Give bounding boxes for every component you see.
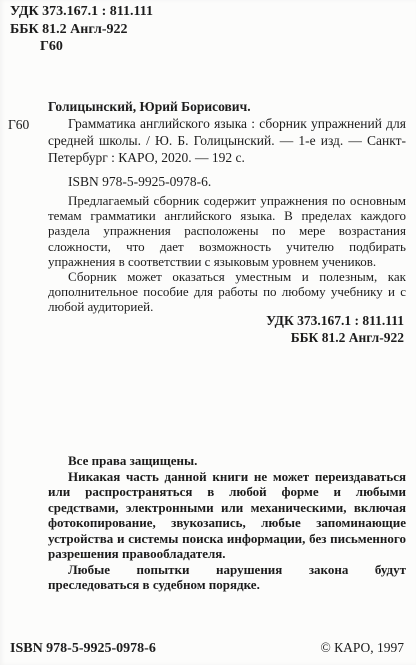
annotation: Предлагаемый сборник содержит упражнения… (48, 193, 406, 315)
bbk-right: ББК 81.2 Англ-922 (266, 329, 404, 346)
rights-paragraph-2: Никакая часть данной книги не может пере… (48, 469, 406, 562)
author-sign-top: Г60 (40, 38, 153, 56)
catalog-card: Г60 Голицынский, Юрий Борисович. Граммат… (8, 98, 408, 190)
udk-right: УДК 373.167.1 : 811.111 (266, 312, 404, 329)
bibliographic-description: Грамматика английского языка : сборник у… (48, 115, 406, 166)
author-heading: Голицынский, Юрий Борисович. (48, 98, 406, 115)
annotation-paragraph-1: Предлагаемый сборник содержит упражнения… (48, 193, 406, 269)
copyright-notice: Все права защищены. Никакая часть данной… (48, 453, 406, 593)
author-sign-margin: Г60 (8, 116, 29, 133)
annotation-paragraph-2: Сборник может оказаться уместным и полез… (48, 269, 406, 315)
catalog-card-text: Голицынский, Юрий Борисович. Грамматика … (48, 98, 406, 190)
publisher-copyright: © КАРО, 1997 (320, 640, 404, 656)
isbn-line: ISBN 978-5-9925-0978-6. (48, 173, 406, 190)
rights-paragraph-3: Любые попытки нарушения закона будут пре… (48, 562, 406, 593)
classification-right: УДК 373.167.1 : 811.111 ББК 81.2 Англ-92… (266, 312, 404, 346)
footer: ISBN 978-5-9925-0978-6 © КАРО, 1997 (10, 640, 404, 657)
bbk-top: ББК 81.2 Англ-922 (10, 21, 153, 39)
book-imprint-page: УДК 373.167.1 : 811.111 ББК 81.2 Англ-92… (0, 0, 416, 665)
rights-paragraph-1: Все права защищены. (48, 453, 406, 469)
classification-top: УДК 373.167.1 : 811.111 ББК 81.2 Англ-92… (10, 3, 153, 56)
udk-top: УДК 373.167.1 : 811.111 (10, 3, 153, 21)
isbn-footer: ISBN 978-5-9925-0978-6 (10, 641, 156, 657)
